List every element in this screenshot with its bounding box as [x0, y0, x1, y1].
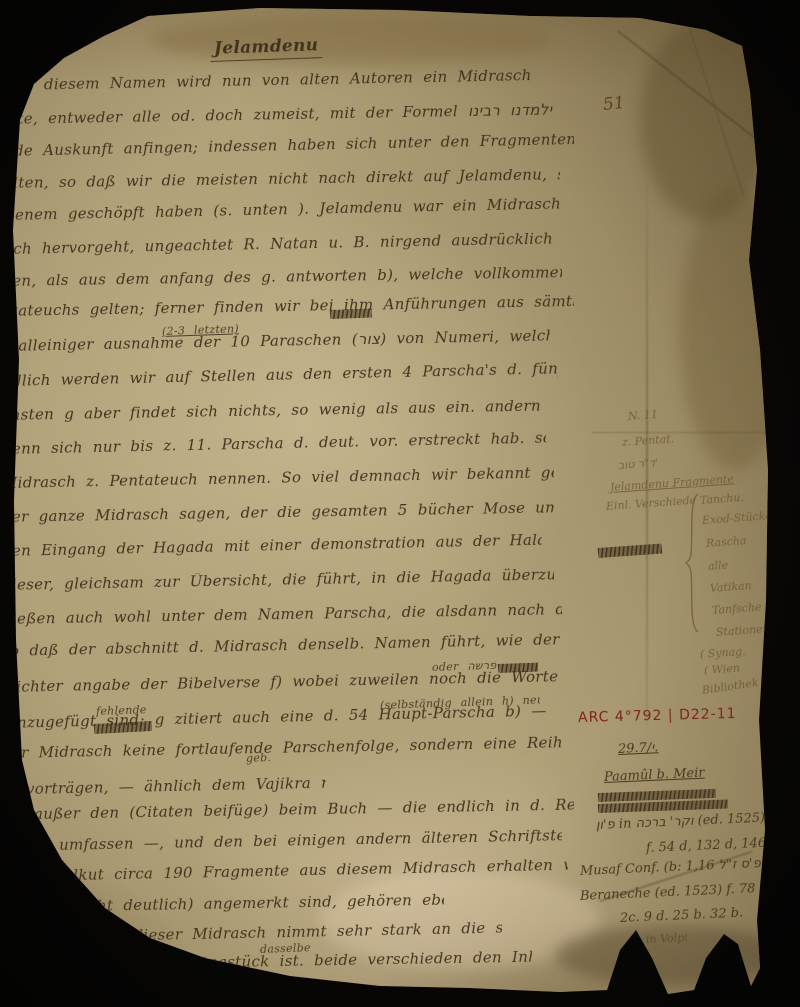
paper-vignette: [0, 0, 800, 1007]
photo-frame: 51 ARC 4°792 | D22-11 Jelamdenu nd diese…: [0, 0, 800, 1007]
manuscript-page: 51 ARC 4°792 | D22-11 Jelamdenu nd diese…: [0, 0, 800, 1007]
